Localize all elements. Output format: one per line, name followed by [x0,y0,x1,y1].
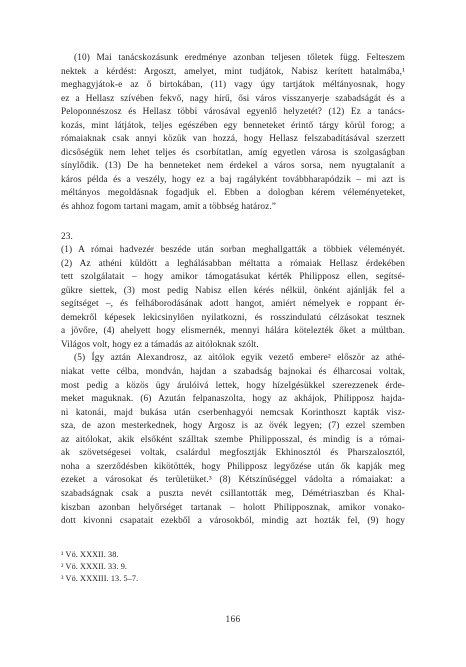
text-line: és ahhoz fogom tartani magam, amit a töb… [61,201,405,215]
text-line: ni katonái, majd bukása után cserbenhagy… [61,407,405,421]
text-line: ez a Hellasz szívében fekvő, nagy hírű, … [61,93,405,107]
text-line: méltányos megoldásnak fogadjuk el. Ebben… [61,187,405,201]
text-line: dott kivonni csapatait ezekből a városok… [61,515,405,529]
text-line: (2) Az athéni küldött a leghálásabban mé… [61,258,405,272]
text-line: meket maguknak. (6) Azután felpanaszolta… [61,393,405,407]
footnote: ³ Vö. XXXIII. 13. 5–7. [61,573,405,585]
text-line: sínylődik. (13) De ha benneteket nem érd… [61,160,405,174]
text-line: nektek a kérdést: Argoszt, amelyet, mint… [61,66,405,80]
text-line: (10) Mai tanácskozásunk eredménye azonba… [61,52,405,66]
footnote: ² Vö. XXXII. 33. 9. [61,561,405,573]
text-line: ezeket a városokat és területüket.³ (8) … [61,474,405,488]
book-page: (10) Mai tanácskozásunk eredménye azonba… [0,0,466,667]
text-line: kozás, mint látjátok, teljes egészében e… [61,120,405,134]
text-line: demekről képesek lekicsinylően nyilatkoz… [61,312,405,326]
page-number: 166 [0,614,466,624]
text-line: gükre siettek, (3) most pedig Nabisz ell… [61,285,405,299]
main-text-block: (10) Mai tanácskozásunk eredménye azonba… [61,52,405,529]
body-paragraph-chapter22: (10) Mai tanácskozásunk eredménye azonba… [61,52,405,215]
text-line: az aitólokat, akik elsőként szálltak sze… [61,434,405,448]
body-paragraph-chapter23-first: (1) A római hadvezér beszéde után sorban… [61,244,405,352]
text-line: ak szövetségesei voltak, csalárdul megfo… [61,447,405,461]
footnote: ¹ Vö. XXXII. 38. [61,549,405,561]
text-line: (5) Így aztán Alexandrosz, az aitólok eg… [61,352,405,366]
footnotes: ¹ Vö. XXXII. 38.² Vö. XXXII. 33. 9.³ Vö.… [61,549,405,584]
text-line: meghagyjátok-e az ő birtokában, (11) vag… [61,79,405,93]
text-line: Világos volt, hogy ez a támadás az aitól… [61,339,405,353]
section-heading: 23. [61,231,405,245]
text-line: noha a szerződésben kikötötték, hogy Phi… [61,461,405,475]
body-paragraph-chapter23-second: (5) Így aztán Alexandrosz, az aitólok eg… [61,352,405,528]
text-line: most pedig a közös ügy árulóivá lettek, … [61,380,405,394]
text-line: niakat vette célba, mondván, hajdan a sz… [61,366,405,380]
text-line: a jövőre, (4) ahelyett hogy elismernék, … [61,325,405,339]
text-line: káros példa és a veszély, hogy ez a baj … [61,174,405,188]
text-line: dicsőségük nem lehet teljes és csorbítat… [61,147,405,161]
text-line: sza, de azon mesterkednek, hogy Argosz i… [61,420,405,434]
text-line: szabadságnak csak a puszta nevét csillan… [61,488,405,502]
text-line: kiszban azonban helyőrséget tartanak – h… [61,502,405,516]
text-line: tett szolgálatait – hogy amikor támogatá… [61,271,405,285]
text-line: segítséget –, és felháborodásának adott … [61,298,405,312]
text-line: Peloponnészosz és Hellasz többi városáva… [61,106,405,120]
text-line: rómaiaknak csak annyi közük van hozzá, h… [61,133,405,147]
text-line: (1) A római hadvezér beszéde után sorban… [61,244,405,258]
